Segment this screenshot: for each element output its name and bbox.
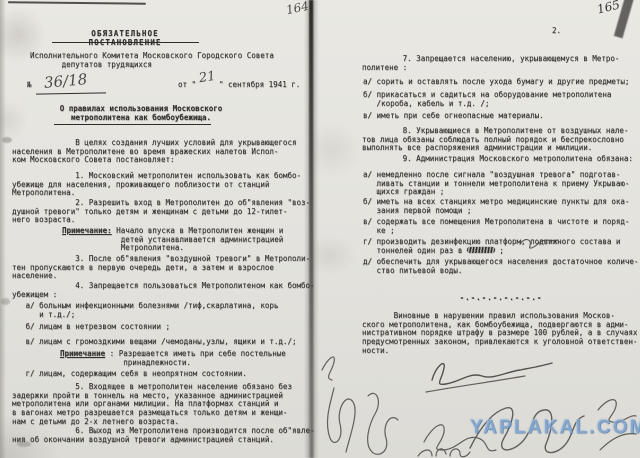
- decree-number-sign: №: [27, 81, 32, 90]
- signature-stroke: [368, 393, 398, 454]
- clause-4-item-a: а/ больным инфекционными болезнями /тиф,…: [12, 302, 278, 319]
- clause-5: 5. Входящее в метрополитен население обя…: [12, 383, 292, 427]
- clause-9-item-b: б/ иметь на всех станциях метро медицинс…: [363, 198, 629, 215]
- subject-heading: О правилах использования Московского мет…: [46, 105, 236, 122]
- clause-7-item-v: в/ иметь при себе огнеопасные материалы.: [363, 112, 544, 121]
- page-number: 2.: [552, 27, 561, 36]
- clause-6: 6. Выход из Метрополитена производится п…: [12, 427, 315, 444]
- note-1-label: Примечание:: [62, 226, 112, 235]
- folio-number-right: 165: [596, 0, 622, 17]
- note-2-label: Примечание: [60, 349, 105, 358]
- watermark: YAPLAKAL.COM: [470, 417, 640, 439]
- clause-9: 9. Администрация Московского метрополите…: [362, 155, 633, 164]
- clause-4-item-v: в/ лицам с громоздкими вещами /чемоданы,…: [12, 338, 296, 347]
- torn-edge-line: [8, 1, 146, 4]
- decree-date-suffix: " сентября 1941 г.: [219, 81, 300, 90]
- decree-number-handwritten: 36/18: [43, 70, 88, 92]
- margin-smudge: [2, 137, 12, 143]
- clause-1: 1. Московский метрополитен использовать …: [12, 172, 301, 198]
- signature-stroke: [322, 357, 334, 380]
- margin-smudge: [1, 298, 10, 305]
- correction-scribble: [520, 240, 558, 249]
- page-fold-crease: [309, 0, 313, 458]
- preamble: В целях создания лучших условий для укры…: [12, 139, 296, 165]
- signature-stroke: [418, 449, 470, 457]
- clause-7: 7. Запрещается населению, укрывающемуся …: [362, 55, 619, 72]
- scanned-decree-document: 164 ОБЯЗАТЕЛЬНОЕ ПОСТАНОВЛЕНИЕ Исполните…: [0, 0, 640, 458]
- decree-number-underline: [36, 92, 106, 95]
- subject-underline: [54, 124, 211, 125]
- scan-left-edge-shadow: [0, 0, 6, 458]
- clause-3: 3. После об"явления "воздушной тревоги" …: [12, 255, 310, 281]
- clause-2: 2. Разрешить вход в Метрополитен до об"я…: [12, 199, 310, 225]
- signature-stroke: [327, 388, 355, 452]
- decree-date-prefix: от ": [178, 81, 196, 90]
- title-underline: [52, 42, 199, 43]
- clause-9-item-a: а/ немедленно после сигнала "воздушная т…: [363, 171, 629, 197]
- clause-7-item-b: б/ прикасаться и садиться на оборудовани…: [363, 91, 611, 108]
- decree-title: ОБЯЗАТЕЛЬНОЕ ПОСТАНОВЛЕНИЕ: [50, 30, 200, 47]
- note-1: Примечание: Начало впуска в Метрополитен…: [62, 227, 283, 253]
- issuing-body: Исполнительного Комитета Московского Гор…: [30, 52, 274, 69]
- note-2: Примечание : Разрешается иметь при себе …: [60, 350, 286, 367]
- clause-4-item-b: б/ лицам в нетрезвом состоянии ;: [12, 323, 170, 332]
- clause-4: 4. Запрещается пользоваться Метрополитен…: [12, 282, 315, 299]
- clause-7-item-a: а/ сорить и оставлять после ухода бумагу…: [363, 78, 629, 87]
- clause-8: 8. Укрывающиеся в Метрополитене от возду…: [362, 127, 628, 153]
- clause-4-item-g: г/ лицам, содержащим себя в неопрятном с…: [12, 370, 247, 379]
- decree-date-day-handwritten: 21: [198, 69, 217, 86]
